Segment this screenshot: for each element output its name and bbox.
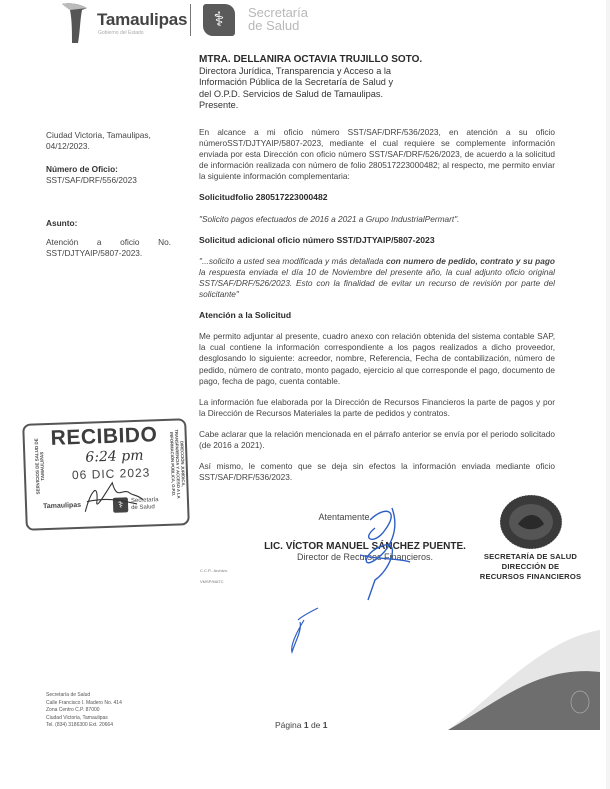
- recipient-line: Directora Jurídica, Transparencia y Acce…: [199, 66, 519, 78]
- adicional-heading: Solicitud adicional oficio número SST/DJ…: [199, 235, 555, 246]
- address-line: Calle Francisco I. Madero No. 414: [46, 700, 122, 708]
- state-name: Tamaulipas: [97, 10, 187, 30]
- oficio-label: Número de Oficio:: [46, 164, 171, 175]
- stamp-signature-icon: [76, 470, 148, 517]
- seal-line: DIRECCIÓN DE: [468, 562, 593, 572]
- seal-line: RECURSOS FINANCIEROS: [468, 572, 593, 582]
- stamp-left-text: SERVICIOS DE SALUD DE TAMAULIPAS: [34, 436, 46, 496]
- quote-emphasis: con numero de pedido, contrato y su pago: [386, 256, 555, 266]
- meta-column: Ciudad Victoria, Tamaulipas, 04/12/2023.…: [46, 130, 171, 259]
- stamp-right-text: DIRECCIÓN JURÍDICA, TRANSPARENCIA Y ACCE…: [169, 424, 187, 504]
- adicional-quote: "...solicito a usted sea modificada y má…: [199, 256, 555, 300]
- asunto-value: Atención a oficio No. SST/DJTYAIP/5807-2…: [46, 237, 171, 259]
- atencion-heading: Atención a la Solicitud: [199, 310, 555, 321]
- folio-quote: "Solicito pagos efectuados de 2016 a 202…: [199, 214, 555, 225]
- caduceus-icon: ⚕: [203, 4, 235, 36]
- initial-mark-icon: [280, 600, 330, 655]
- footer-address: Secretaría de Salud Calle Francisco I. M…: [46, 692, 122, 730]
- date: 04/12/2023.: [46, 141, 171, 152]
- recipient-line: Presente.: [199, 100, 519, 112]
- ccp-block: C.C.P.- Archivo. VMSP/MATC: [200, 565, 228, 587]
- place: Ciudad Victoria, Tamaulipas,: [46, 130, 171, 141]
- address-line: Ciudad Victoria, Tamaulipas: [46, 715, 122, 723]
- header-divider: [190, 4, 191, 36]
- page-total: 1: [323, 720, 328, 730]
- official-seal-icon: [498, 494, 564, 550]
- seal-text: SECRETARÍA DE SALUD DIRECCIÓN DE RECURSO…: [468, 552, 593, 582]
- anexo-paragraph: Me permito adjuntar al presente, cuadro …: [199, 331, 555, 386]
- address-line: Secretaría de Salud: [46, 692, 122, 700]
- letter-body: En alcance a mi oficio número SST/SAF/DR…: [199, 127, 555, 493]
- quote-text: "...solicito a usted sea modificada y má…: [199, 256, 386, 266]
- asimismo-paragraph: Así mismo, le comento que se deja sin ef…: [199, 461, 555, 483]
- address-line: Tel. (834) 3186300 Ext. 20664: [46, 722, 122, 730]
- address-line: Zona Centro C.P. 87000: [46, 707, 122, 715]
- stamp-time: 6:24 pm: [85, 448, 144, 466]
- intro-paragraph: En alcance a mi oficio número SST/SAF/DR…: [199, 127, 555, 182]
- received-stamp: RECIBIDO 6:24 pm 06 DIC 2023 SERVICIOS D…: [22, 418, 190, 531]
- recipient-line: del O.P.D. Servicios de Salud de Tamauli…: [199, 89, 519, 101]
- salutation: Atentamente: [199, 512, 489, 522]
- page-number: Página 1 de 1: [275, 720, 328, 730]
- initials: VMSP/MATC: [200, 576, 228, 587]
- recipient-name: MTRA. DELLANIRA OCTAVIA TRUJILLO SOTO.: [199, 54, 519, 66]
- stamp-state-name: Tamaulipas: [43, 502, 81, 510]
- signer-role: Director de Recursos Financieros.: [255, 552, 475, 562]
- state-subtitle: Gobierno del Estado: [98, 30, 144, 36]
- page-prefix: Página: [275, 720, 301, 730]
- asunto-label: Asunto:: [46, 218, 171, 229]
- aclarar-paragraph: Cabe aclarar que la relación mencionada …: [199, 429, 555, 451]
- recipient-block: MTRA. DELLANIRA OCTAVIA TRUJILLO SOTO. D…: [199, 54, 519, 112]
- ccp-line: C.C.P.- Archivo.: [200, 565, 228, 576]
- page-sep: de: [311, 720, 320, 730]
- folio-heading: Solicitudfolio 280517223000482: [199, 192, 555, 203]
- agency-name: Secretaría de Salud: [248, 6, 308, 32]
- oficio-number: SST/SAF/DRF/556/2023: [46, 175, 171, 186]
- tamaulipas-logo-icon: [60, 2, 88, 44]
- elaborada-paragraph: La información fue elaborada por la Dire…: [199, 397, 555, 419]
- signer-block: LIC. VÍCTOR MANUEL SÁNCHEZ PUENTE. Direc…: [255, 541, 475, 562]
- quote-text: la respuesta enviada el día 10 de Noviem…: [199, 267, 555, 299]
- seal-line: SECRETARÍA DE SALUD: [468, 552, 593, 562]
- corner-decoration: [440, 620, 606, 730]
- signer-name: LIC. VÍCTOR MANUEL SÁNCHEZ PUENTE.: [255, 541, 475, 552]
- agency-line-2: de Salud: [248, 19, 308, 32]
- recipient-line: Información Pública de la Secretaría de …: [199, 77, 519, 89]
- page-current: 1: [304, 720, 309, 730]
- document-page: Tamaulipas Gobierno del Estado ⚕ Secreta…: [0, 0, 606, 789]
